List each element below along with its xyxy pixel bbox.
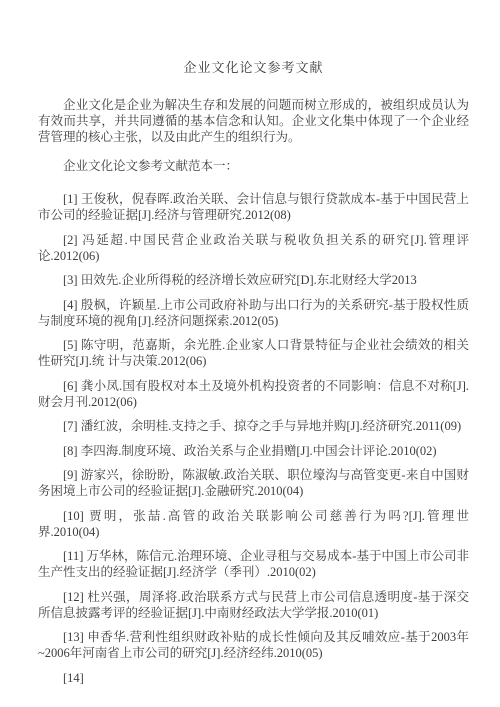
reference-item: [1] 王俊秋，倪春晖.政治关联、会计信息与银行贷款成本-基于中国民营上市公司的… <box>38 191 469 223</box>
section-label: 企业文化论文参考文献范本一： <box>38 158 469 174</box>
reference-item: [3] 田效先.企业所得税的经济增长效应研究[D].东北财经大学2013 <box>38 272 469 288</box>
reference-item: [4] 殷枫，许颖星.上市公司政府补助与出口行为的关系研究-基于股权性质与制度环… <box>38 297 469 329</box>
reference-list: [1] 王俊秋，倪春晖.政治关联、会计信息与银行贷款成本-基于中国民营上市公司的… <box>38 191 469 686</box>
reference-item: [8] 李四海.制度环境、政治关系与企业捐赠[J].中国会计评论.2010(02… <box>38 443 469 459</box>
reference-item: [14] <box>38 670 469 686</box>
intro-paragraph: 企业文化是企业为解决生存和发展的问题而树立形成的，被组织成员认为有效而共享，并共… <box>38 97 469 145</box>
reference-item: [11] 万华林，陈信元.治理环境、企业寻租与交易成本-基于中国上市公司非生产性… <box>38 548 469 580</box>
reference-item: [5] 陈守明，范嘉斯，余光胜.企业家人口背景特征与企业社会绩效的相关性研究[J… <box>38 337 469 369</box>
reference-item: [9] 游家兴，徐盼盼，陈淑敏.政治关联、职位壕沟与高管变更-来自中国财务困境上… <box>38 467 469 499</box>
document-page: 企业文化论文参考文献 企业文化是企业为解决生存和发展的问题而树立形成的，被组织成… <box>0 0 500 707</box>
reference-item: [2] 冯延超.中国民营企业政治关联与税收负担关系的研究[J].管理评论.201… <box>38 232 469 264</box>
reference-item: [12] 杜兴强，周泽将.政治联系方式与民营上市公司信息透明度-基于深交所信息披… <box>38 589 469 621</box>
reference-item: [7] 潘红波，余明桂.支持之手、掠夺之手与异地并购[J].经济研究.2011(… <box>38 418 469 434</box>
reference-item: [13] 申香华.营利性组织财政补贴的成长性倾向及其反哺效应-基于2003年~2… <box>38 629 469 661</box>
page-title: 企业文化论文参考文献 <box>38 60 469 76</box>
reference-item: [10] 贾明，张喆.高管的政治关联影响公司慈善行为吗?[J].管理世界.201… <box>38 508 469 540</box>
reference-item: [6] 龚小凤.国有股权对本土及境外机构投资者的不同影响：信息不对称[J].财会… <box>38 378 469 410</box>
